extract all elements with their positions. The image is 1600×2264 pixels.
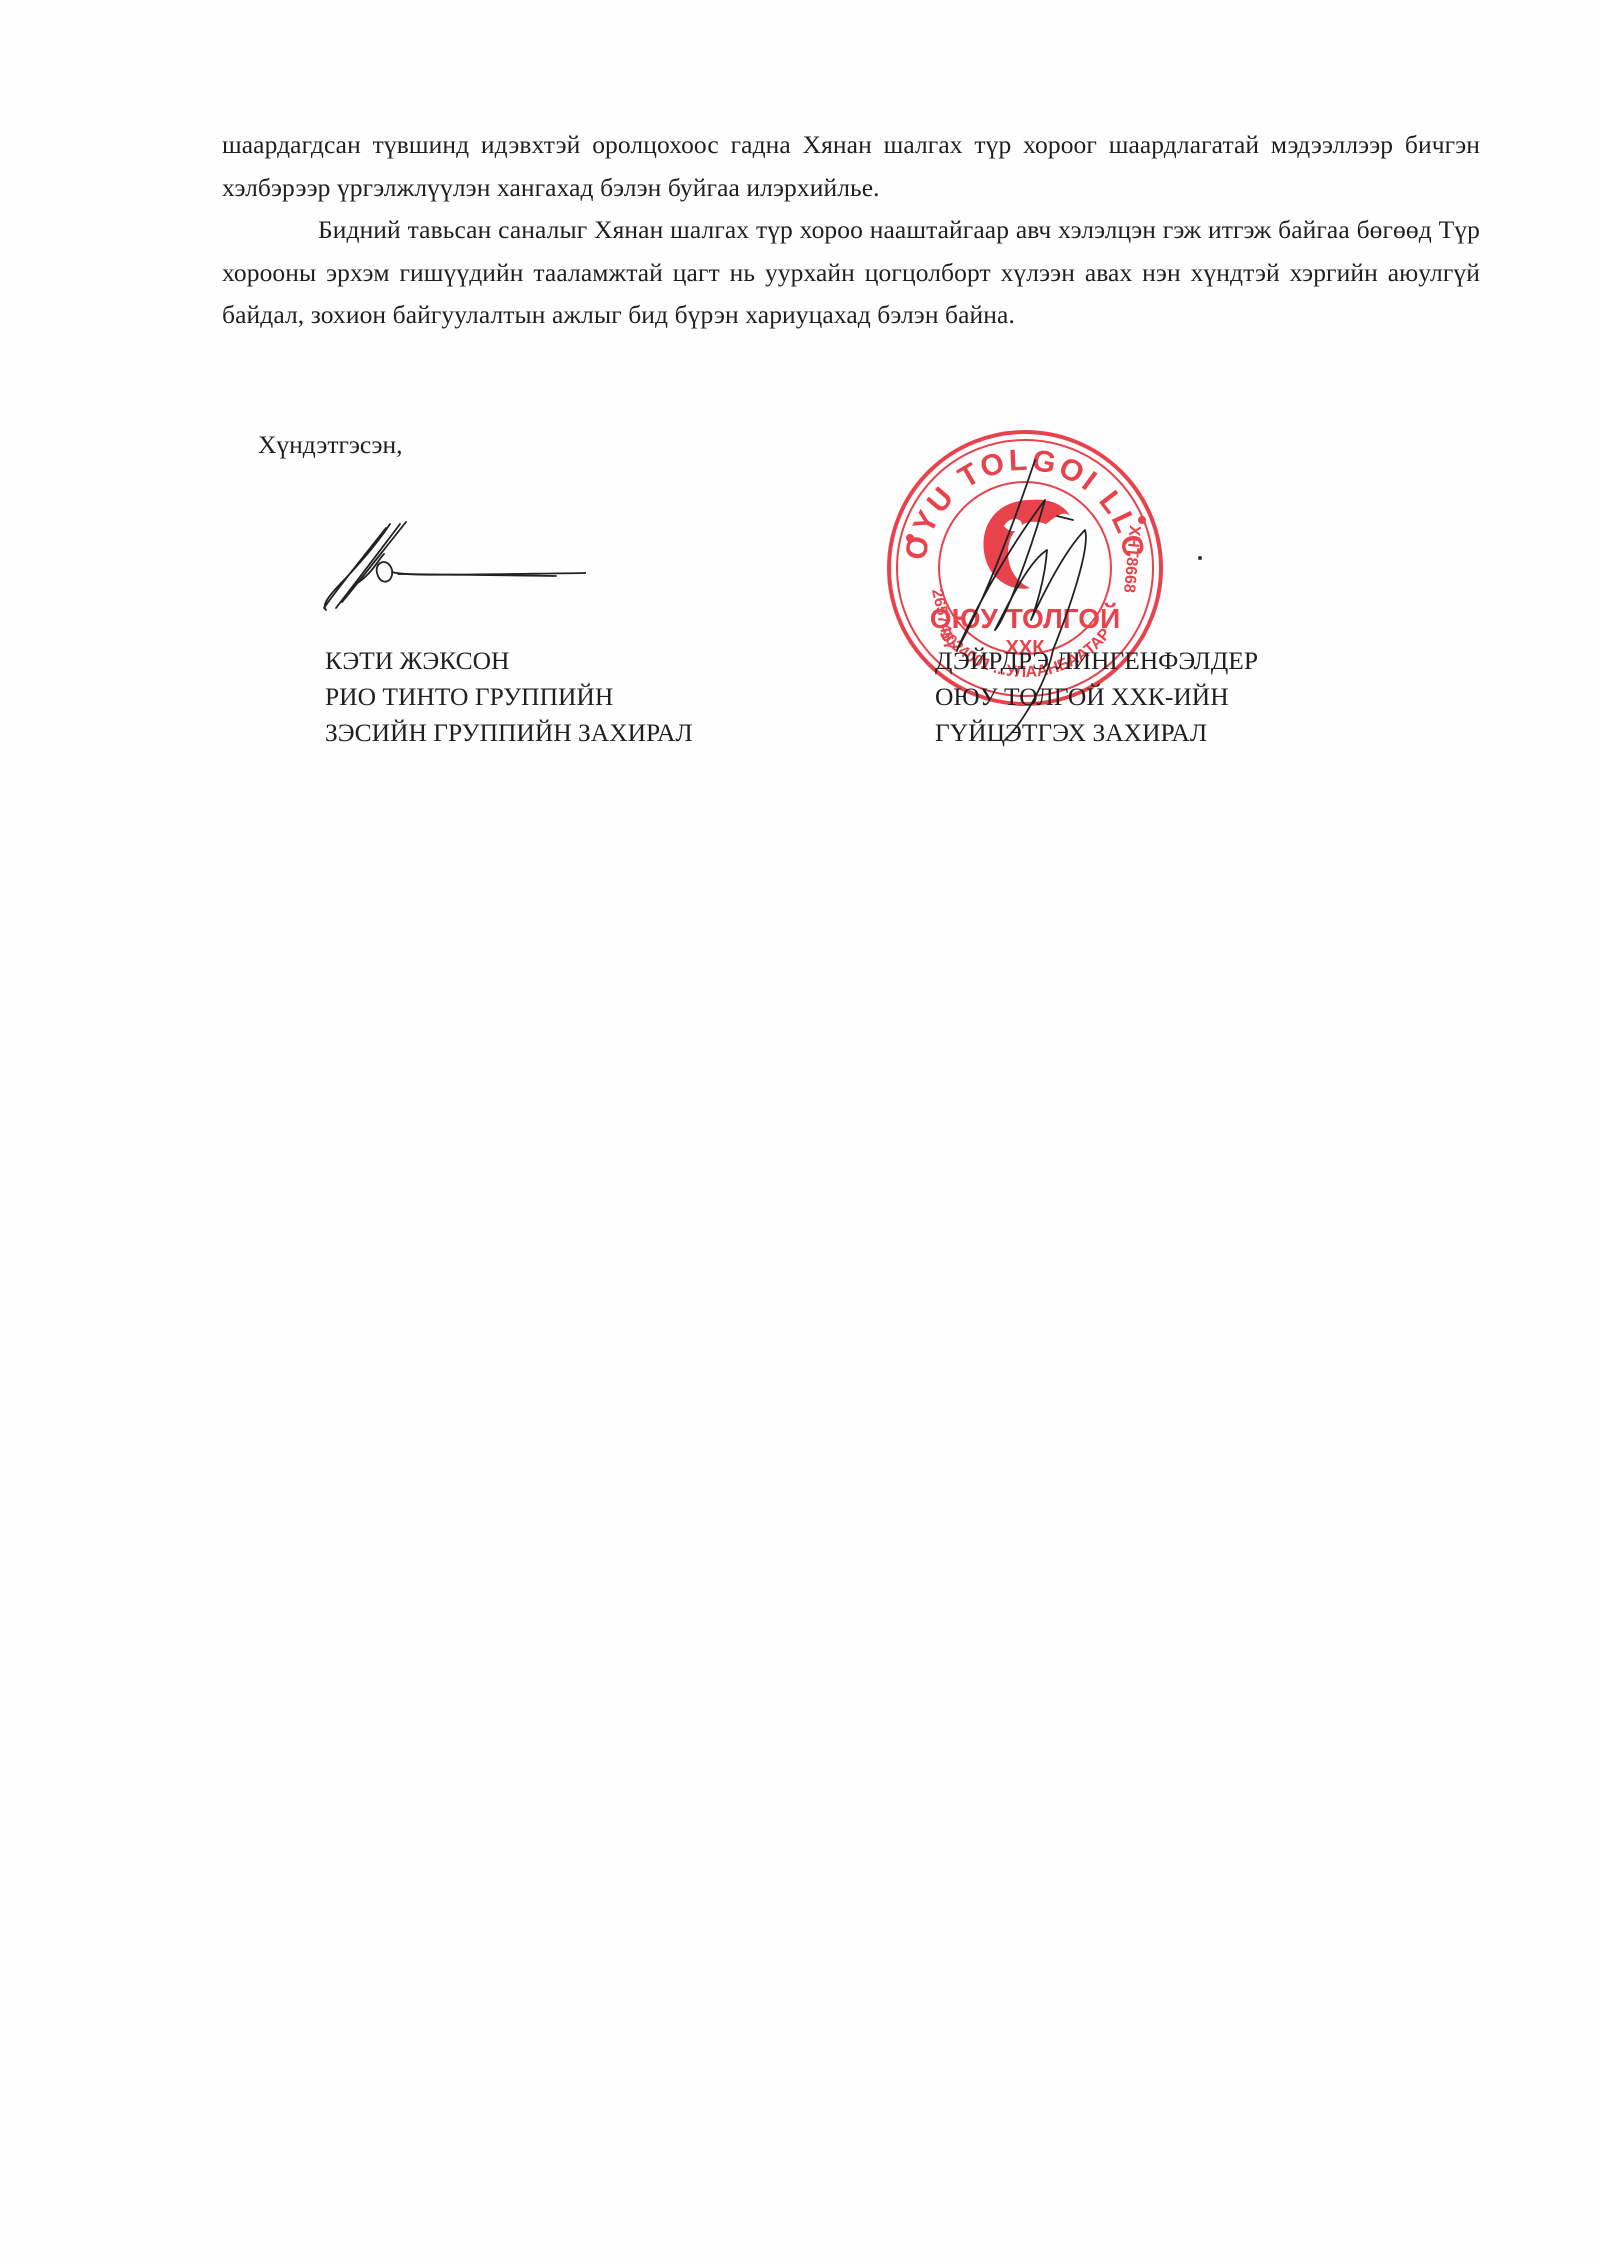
ink-dot [1198, 556, 1202, 560]
signatory-left-title-1: РИО ТИНТО ГРУППИЙН [325, 679, 693, 715]
paragraph-2-text: Бидний тавьсан саналыг Хянан шалгах түр … [222, 209, 1480, 337]
signatory-right: ДЭЙРДРЭ ЛИНГЕНФЭЛДЕР ОЮУ ТОЛГОЙ ХХК-ИЙН … [935, 643, 1258, 751]
signatory-left-title-2: ЗЭСИЙН ГРУППИЙН ЗАХИРАЛ [325, 715, 693, 751]
document-page: шаардагдсан түвшинд идэвхтэй оролцохоос … [0, 0, 1600, 2264]
signatory-right-title-2: ГҮЙЦЭТГЭХ ЗАХИРАЛ [935, 715, 1258, 751]
closing-salutation: Хүндэтгэсэн, [258, 430, 403, 460]
paragraph-1: шаардагдсан түвшинд идэвхтэй оролцохоос … [222, 124, 1480, 209]
signatory-left-name: КЭТИ ЖЭКСОН [325, 643, 693, 679]
paragraph-1-text: шаардагдсан түвшинд идэвхтэй оролцохоос … [222, 124, 1480, 209]
signature-left-icon [316, 520, 586, 620]
signatory-left: КЭТИ ЖЭКСОН РИО ТИНТО ГРУППИЙН ЗЭСИЙН ГР… [325, 643, 693, 751]
paragraph-2: Бидний тавьсан саналыг Хянан шалгах түр … [222, 209, 1480, 337]
signatory-right-name: ДЭЙРДРЭ ЛИНГЕНФЭЛДЕР [935, 643, 1258, 679]
signatory-right-title-1: ОЮУ ТОЛГОЙ ХХК-ИЙН [935, 679, 1258, 715]
